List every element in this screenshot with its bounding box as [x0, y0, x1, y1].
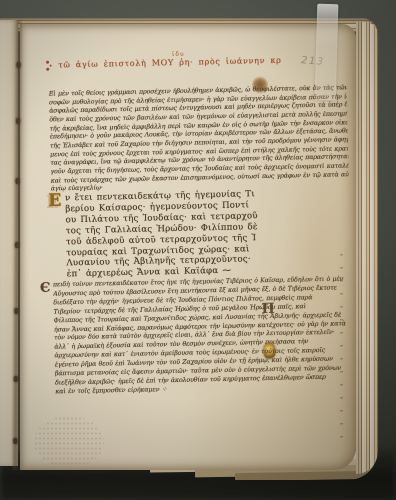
binding-stitch — [14, 308, 18, 314]
manuscript-photo: 213 τῶ ἁγίω ἐπιστολὴ ΜΟΥ ῥη· πρὸς ἰωάννη… — [0, 0, 396, 500]
text-block: τῶ ἁγίω ἐπιστολὴ ΜΟΥ ῥη· πρὸς ἰωάννην κρ… — [34, 51, 353, 404]
rubric-title-row: τῶ ἁγίω ἐπιστολὴ ΜΟΥ ῥη· πρὸς ἰωάννην κρ… — [44, 55, 282, 73]
binding-stitch — [16, 178, 20, 184]
initial-letter: Є — [40, 281, 51, 296]
binding-stitch — [15, 242, 19, 248]
binding-stitch — [13, 438, 17, 444]
binding-stitch — [17, 62, 21, 68]
fore-edge-page-stack — [356, 22, 378, 474]
binding-stitch — [14, 376, 18, 382]
gospel-quotation: Ε ν ἔτει πεντεκαιδεκάτῳ τῆς ἡγεμονίας Τι… — [65, 189, 279, 281]
paragraph-three: Є Π πειδὴ τοίνυν πεντεκαιδέκατον ἔτος ἦγ… — [53, 275, 353, 397]
parchment-follicle-marks — [34, 416, 104, 468]
under-leaf — [235, 471, 376, 480]
repair-tape-tab — [315, 4, 339, 101]
binding-stitch — [16, 118, 20, 124]
paragraph-one: Εἰ μὲν τοῖς θείοις γράμμασι προσέχειν ἠβ… — [49, 84, 349, 194]
rubric-ornament-icon — [44, 60, 51, 73]
rubric-title: τῶ ἁγίω ἐπιστολὴ ΜΟΥ ῥη· πρὸς ἰωάννην κρ — [58, 55, 282, 72]
gilt-initial-letter: Ε — [48, 190, 61, 210]
rubric-superscript: ϊδυ — [172, 51, 185, 58]
